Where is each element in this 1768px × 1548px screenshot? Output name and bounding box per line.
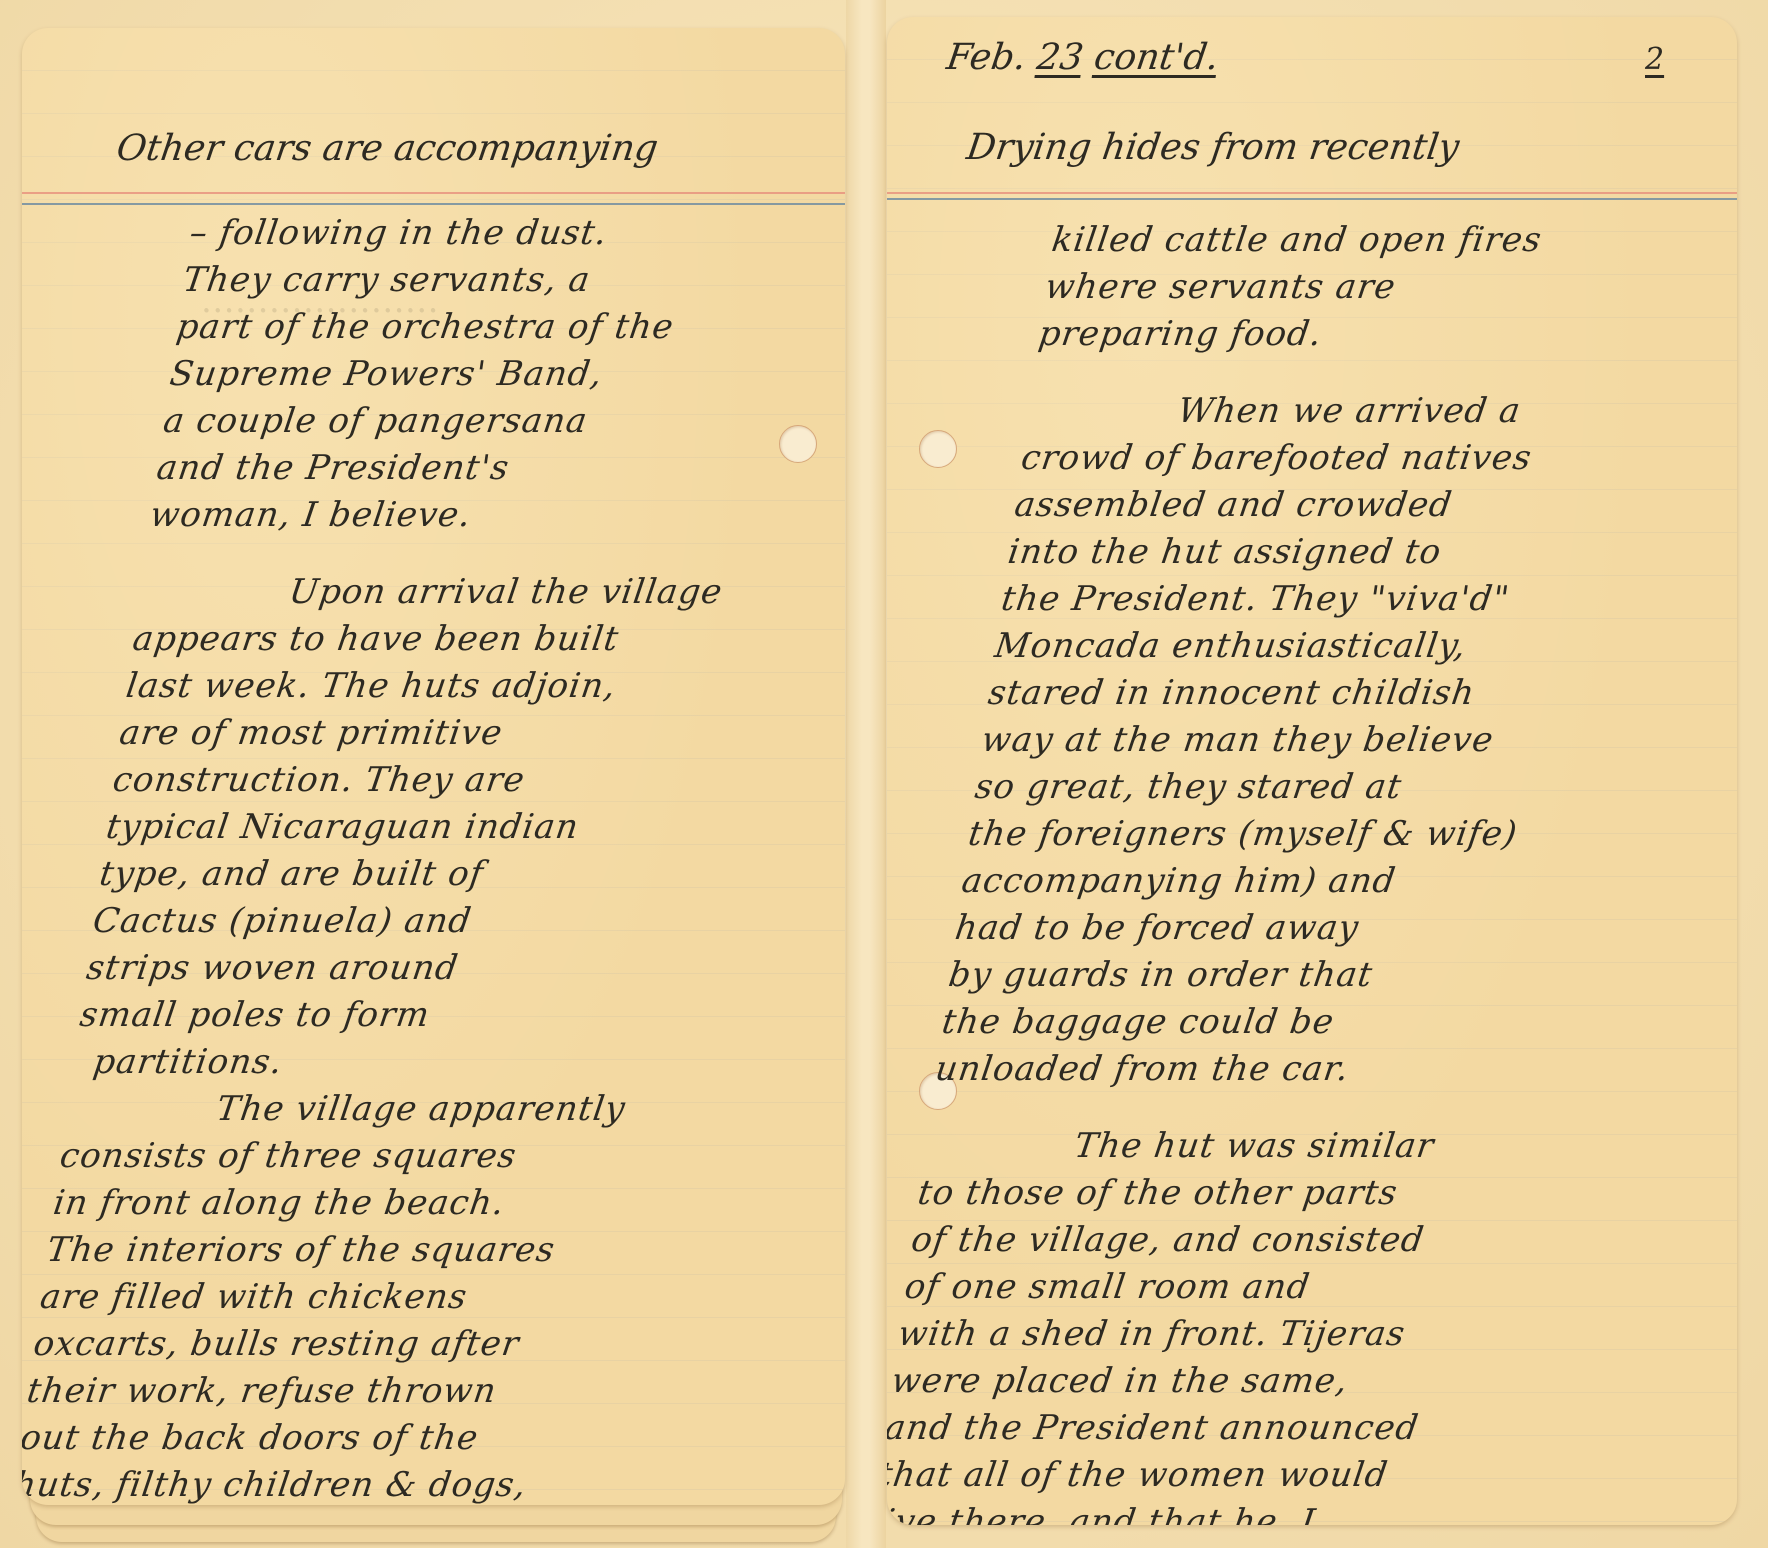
text-line: accompanying him) and: [959, 858, 1737, 905]
right-page-body: killed cattle and open fires where serva…: [887, 217, 1737, 1525]
text-line: preparing food.: [1036, 311, 1737, 358]
text-line: unloaded from the car.: [932, 1046, 1714, 1093]
text-line: of one small room and: [902, 1264, 1684, 1311]
text-line: the foreigners (myself & wife): [965, 811, 1737, 858]
text-line: Supreme Powers' Band,: [167, 351, 845, 398]
text-line: oxcarts, bulls resting after: [31, 1321, 781, 1368]
text-line: When we arrived a: [1025, 388, 1737, 435]
text-line: huts, filthy children & dogs,: [22, 1462, 760, 1505]
header-rule-red: [22, 192, 845, 194]
text-line: strips woven around: [83, 945, 833, 992]
text-line: Moncada enthusiastically,: [992, 623, 1737, 670]
text-line: part of the orchestra of the: [173, 304, 845, 351]
text-line: with a shed in front. Tijeras: [895, 1311, 1677, 1358]
text-line: The hut was similar: [921, 1123, 1703, 1170]
text-line: their work, refuse thrown: [24, 1368, 774, 1415]
text-line: to those of the other parts: [915, 1170, 1697, 1217]
text-line: woman, I believe.: [147, 492, 845, 539]
paragraph: – following in the dust. They carry serv…: [147, 210, 845, 539]
text-line: typical Nicaraguan indian: [103, 804, 845, 851]
paragraph: The hut was similar to those of the othe…: [887, 1123, 1703, 1525]
text-line: appears to have been built: [130, 616, 845, 663]
text-line: construction. They are: [110, 757, 845, 804]
text-line: a couple of pangersana: [160, 398, 845, 445]
header-rule-red: [887, 192, 1737, 194]
text-line: Upon arrival the village: [136, 569, 845, 616]
text-line: the baggage could be: [939, 999, 1721, 1046]
text-line: small poles to form: [77, 992, 827, 1039]
page-gap: [846, 0, 886, 1548]
text-line: partitions.: [70, 1039, 820, 1086]
text-line: The interiors of the squares: [44, 1227, 794, 1274]
left-page-body: – following in the dust. They carry serv…: [22, 210, 845, 1505]
text-line: in front along the beach.: [50, 1180, 800, 1227]
text-line: live there, and that he, I: [887, 1499, 1650, 1525]
text-line: way at the man they believe: [979, 717, 1737, 764]
text-line: had to be forced away: [952, 905, 1734, 952]
text-line: assembled and crowded: [1012, 482, 1737, 529]
text-line: and the President announced: [887, 1405, 1663, 1452]
text-line: the President. They "viva'd": [998, 576, 1737, 623]
text-line: out the back doors of the: [22, 1415, 767, 1462]
text-line: stared in innocent childish: [985, 670, 1737, 717]
text-line: They carry servants, a: [180, 257, 845, 304]
text-line: consists of three squares: [57, 1133, 807, 1180]
left-header-line: Other cars are accompanying: [114, 128, 660, 169]
date-header: Feb. 23 cont'd.: [944, 37, 1221, 78]
text-line: Cactus (pinuela) and: [90, 898, 840, 945]
text-line: that all of the women would: [887, 1452, 1657, 1499]
text-line: of the village, and consisted: [908, 1217, 1690, 1264]
text-line: – following in the dust.: [187, 210, 845, 257]
text-line: are of most primitive: [116, 710, 845, 757]
text-line: The village apparently: [64, 1086, 814, 1133]
binder-hole: [919, 430, 957, 468]
text-line: by guards in order that: [945, 952, 1727, 999]
text-line: type, and are built of: [97, 851, 845, 898]
right-page: Feb. 23 cont'd. 2 Drying hides from rece…: [887, 17, 1737, 1525]
paragraph: killed cattle and open fires where serva…: [1036, 217, 1737, 358]
text-line: were placed in the same,: [888, 1358, 1670, 1405]
left-page: ………………… Other cars are accompanying – fo…: [22, 28, 845, 1505]
date-month: Feb.: [944, 37, 1029, 78]
text-line: into the hut assigned to: [1005, 529, 1737, 576]
text-line: and the President's: [154, 445, 845, 492]
header-rule-blue: [22, 203, 845, 205]
paragraph: Upon arrival the village appears to have…: [70, 569, 845, 1086]
text-line: last week. The huts adjoin,: [123, 663, 845, 710]
paragraph: When we arrived a crowd of barefooted na…: [932, 388, 1737, 1093]
text-line: where servants are: [1042, 264, 1737, 311]
paragraph: The village apparently consists of three…: [22, 1086, 813, 1505]
text-line: so great, they stared at: [972, 764, 1737, 811]
text-line: killed cattle and open fires: [1049, 217, 1737, 264]
right-header-line: Drying hides from recently: [964, 127, 1462, 168]
text-line: crowd of barefooted natives: [1018, 435, 1737, 482]
page-number: 2: [1645, 42, 1664, 77]
header-rule-blue: [887, 198, 1737, 200]
date-suffix: cont'd.: [1092, 37, 1222, 78]
date-day: 23: [1034, 37, 1086, 78]
text-line: are filled with chickens: [37, 1274, 787, 1321]
